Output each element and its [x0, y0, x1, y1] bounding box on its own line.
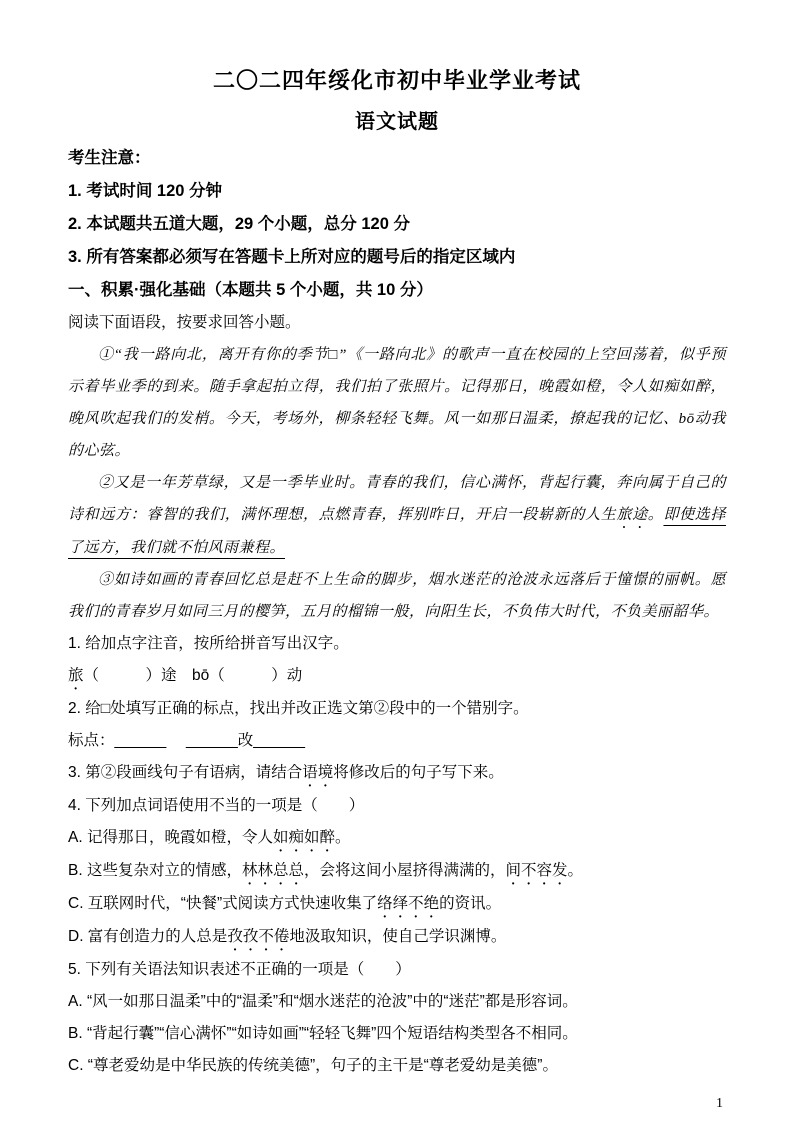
question-1-answer-line: 旅（ ）途 bō（ ）动 — [68, 660, 726, 693]
page-number: 1 — [716, 1096, 723, 1112]
exam-title: 二〇二四年绥化市初中毕业学业考试 — [68, 66, 726, 96]
question-5-option-c: C. “尊老爱幼是中华民族的传统美德”，句子的主干是“尊老爱幼是美德”。 — [68, 1050, 726, 1082]
question-4-option-c: C. 互联网时代，“快餐”式阅读方式快速收集了络绎不绝的资讯。 — [68, 888, 726, 921]
passage-paragraph-2: ②又是一年芳草绿，又是一季毕业时。青春的我们，信心满怀，背起行囊，奔向属于自己的… — [68, 467, 726, 564]
question-5-option-a: A. “风一如那日温柔”中的“温柔”和“烟水迷茫的沧波”中的“迷茫”都是形容词。 — [68, 986, 726, 1018]
section-one-heading: 一、积累·强化基础（本题共 5 个小题，共 10 分） — [68, 274, 726, 307]
exam-page: 二〇二四年绥化市初中毕业学业考试 语文试题 考生注意： 1. 考试时间 120 … — [0, 0, 793, 1122]
question-3-stem: 3. 第②段画线句子有语病，请结合语境将修改后的句子写下来。 — [68, 757, 726, 790]
question-4-stem: 4. 下列加点词语使用不当的一项是（ ） — [68, 790, 726, 822]
passage-paragraph-1: ①“我一路向北，离开有你的季节□”《一路向北》的歌声一直在校园的上空回荡着，似乎… — [68, 339, 726, 467]
question-4-option-d: D. 富有创造力的人总是孜孜不倦地汲取知识，使自己学识渊博。 — [68, 921, 726, 954]
question-2-blanks: 标点：______ ______改______ — [68, 725, 726, 757]
notice-item-2: 2. 本试题共五道大题，29 个小题，总分 120 分 — [68, 208, 726, 241]
notice-item-3: 3. 所有答案都必须写在答题卡上所对应的题号后的指定区域内 — [68, 241, 726, 274]
question-1-stem: 1. 给加点字注音，按所给拼音写出汉字。 — [68, 628, 726, 660]
notice-item-1: 1. 考试时间 120 分钟 — [68, 175, 726, 208]
question-4-option-b: B. 这些复杂对立的情感，林林总总，会将这间小屋挤得满满的，间不容发。 — [68, 855, 726, 888]
question-5-stem: 5. 下列有关语法知识表述不正确的一项是（ ） — [68, 954, 726, 986]
candidate-notices: 考生注意： 1. 考试时间 120 分钟 2. 本试题共五道大题，29 个小题，… — [68, 142, 726, 274]
passage-paragraph-3: ③如诗如画的青春回忆总是赶不上生命的脚步，烟水迷茫的沧波永远落后于憧憬的丽帆。愿… — [68, 564, 726, 628]
question-5-option-b: B. “背起行囊”“信心满怀”“如诗如画”“轻轻飞舞”四个短语结构类型各不相同。 — [68, 1018, 726, 1050]
question-4-option-a: A. 记得那日，晚霞如橙，令人如痴如醉。 — [68, 822, 726, 855]
question-2-stem: 2. 给□处填写正确的标点，找出并改正选文第②段中的一个错别字。 — [68, 693, 726, 725]
passage-intro: 阅读下面语段，按要求回答小题。 — [68, 307, 726, 339]
exam-subtitle: 语文试题 — [68, 108, 726, 136]
notice-heading: 考生注意： — [68, 142, 726, 175]
